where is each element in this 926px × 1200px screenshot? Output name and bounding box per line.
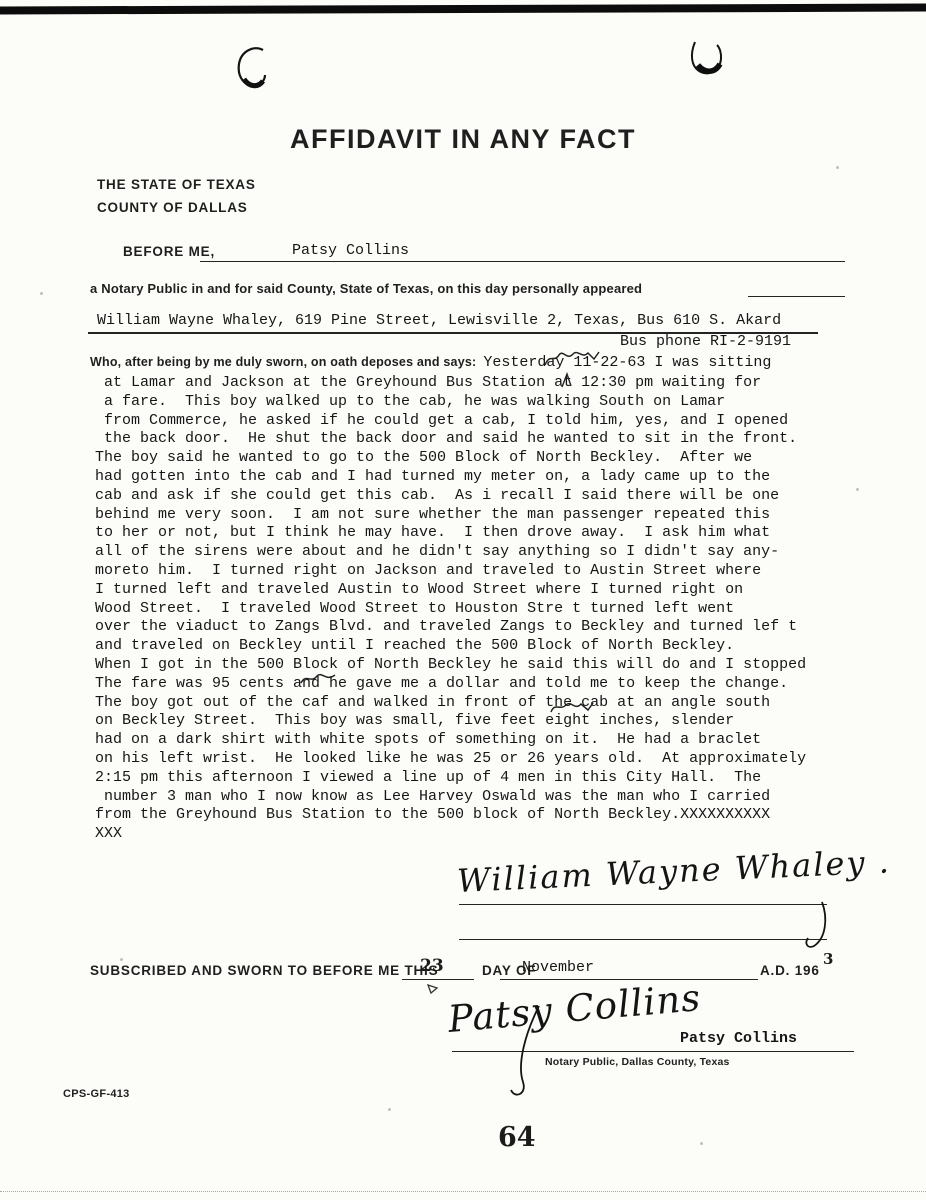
typed-line: XXX bbox=[95, 825, 806, 844]
scan-bottom-line bbox=[0, 1191, 926, 1192]
affidavit-body-lines: at Lamar and Jackson at the Greyhound Bu… bbox=[95, 374, 806, 844]
typed-line: had gotten into the cab and I had turned… bbox=[95, 468, 806, 487]
signature-line-1 bbox=[459, 904, 827, 905]
notary-clause: a Notary Public in and for said County, … bbox=[90, 281, 642, 296]
jurat-day: 23 bbox=[420, 956, 444, 976]
typed-line: to her or not, but I think he may have. … bbox=[95, 524, 806, 543]
typed-line: Wood Street. I traveled Wood Street to H… bbox=[95, 600, 806, 619]
typed-line: a fare. This boy walked up to the cab, h… bbox=[95, 393, 806, 412]
typed-line: moreto him. I turned right on Jackson an… bbox=[95, 562, 806, 581]
signature-line-2 bbox=[459, 939, 827, 940]
typed-line: number 3 man who I now know as Lee Harve… bbox=[95, 788, 806, 807]
deposes-row: Who, after being by me duly sworn, on oa… bbox=[90, 354, 771, 371]
typed-line: When I got in the 500 Block of North Bec… bbox=[95, 656, 806, 675]
county-line: COUNTY OF DALLAS bbox=[97, 200, 248, 215]
affiant-line: William Wayne Whaley, 619 Pine Street, L… bbox=[97, 312, 781, 329]
typed-line: on his left wrist. He looked like he was… bbox=[95, 750, 806, 769]
insertion-caret-mark bbox=[560, 372, 574, 388]
typed-line: over the viaduct to Zangs Blvd. and trav… bbox=[95, 618, 806, 637]
typed-line: on Beckley Street. This boy was small, f… bbox=[95, 712, 806, 731]
jurat-month: November bbox=[522, 959, 594, 976]
typed-line: the back door. He shut the back door and… bbox=[95, 430, 806, 449]
notary-title-line: Notary Public, Dallas County, Texas bbox=[545, 1056, 730, 1068]
paper-speck bbox=[836, 166, 839, 169]
typed-line: I turned left and traveled Austin to Woo… bbox=[95, 581, 806, 600]
state-line: THE STATE OF TEXAS bbox=[97, 177, 256, 192]
affiant-signature: William Wayne Whaley . bbox=[456, 842, 891, 900]
punch-hole-mark-right bbox=[684, 40, 726, 82]
signature-descender-flourish bbox=[800, 900, 830, 950]
affidavit-page: AFFIDAVIT IN ANY FACT THE STATE OF TEXAS… bbox=[0, 0, 926, 1200]
paper-speck bbox=[120, 958, 123, 961]
typed-line: cab and ask if she could get this cab. A… bbox=[95, 487, 806, 506]
jurat-day-underline bbox=[402, 979, 474, 980]
before-me-label: BEFORE ME, bbox=[123, 244, 215, 259]
typed-line: behind me very soon. I am not sure wheth… bbox=[95, 506, 806, 525]
paper-speck bbox=[388, 1108, 391, 1111]
typed-line: from Commerce, he asked if he could get … bbox=[95, 412, 806, 431]
punch-hole-mark-left bbox=[232, 46, 270, 94]
paper-speck bbox=[856, 488, 859, 491]
stray-pen-mark bbox=[426, 982, 440, 996]
typed-line: The boy got out of the caf and walked in… bbox=[95, 694, 806, 713]
paper-speck bbox=[40, 292, 43, 295]
body-first-line: Yesterday 11-22-63 I was sitting bbox=[483, 354, 771, 371]
jurat-ad-label: A.D. 196 bbox=[760, 963, 820, 978]
typed-line: The boy said he wanted to go to the 500 … bbox=[95, 449, 806, 468]
appeared-underline bbox=[748, 296, 845, 297]
handwritten-annotation-scribble bbox=[543, 349, 601, 369]
overstrike-scribble bbox=[298, 671, 338, 687]
page-number: 64 bbox=[498, 1122, 536, 1153]
jurat-year-digit: 3 bbox=[823, 950, 833, 968]
jurat-prefix: SUBSCRIBED AND SWORN TO BEFORE ME THIS bbox=[90, 963, 438, 978]
bus-phone-line: Bus phone RI-2-9191 bbox=[620, 333, 791, 350]
typed-line: and traveled on Beckley until I reached … bbox=[95, 637, 806, 656]
handwritten-annotation-scribble bbox=[548, 699, 596, 715]
typed-line: at Lamar and Jackson at the Greyhound Bu… bbox=[95, 374, 806, 393]
before-me-underline bbox=[200, 261, 845, 262]
jurat-month-underline bbox=[500, 979, 758, 980]
typed-line: 2:15 pm this afternoon I viewed a line u… bbox=[95, 769, 806, 788]
notary-signature-typed: Patsy Collins bbox=[680, 1030, 797, 1047]
scan-edge-line bbox=[0, 4, 926, 15]
typed-line: all of the sirens were about and he didn… bbox=[95, 543, 806, 562]
typed-line: from the Greyhound Bus Station to the 50… bbox=[95, 806, 806, 825]
typed-line: had on a dark shirt with white spots of … bbox=[95, 731, 806, 750]
paper-speck bbox=[700, 1142, 703, 1145]
notary-name-typed: Patsy Collins bbox=[292, 242, 409, 259]
deposes-label: Who, after being by me duly sworn, on oa… bbox=[90, 355, 476, 369]
notary-signature-script: Patsy Collins bbox=[446, 976, 703, 1041]
typed-line: The fare was 95 cents and he gave me a d… bbox=[95, 675, 806, 694]
notary-signature-flourish bbox=[505, 1004, 551, 1100]
page-title: AFFIDAVIT IN ANY FACT bbox=[0, 124, 926, 155]
form-number: CPS-GF-413 bbox=[63, 1088, 130, 1100]
